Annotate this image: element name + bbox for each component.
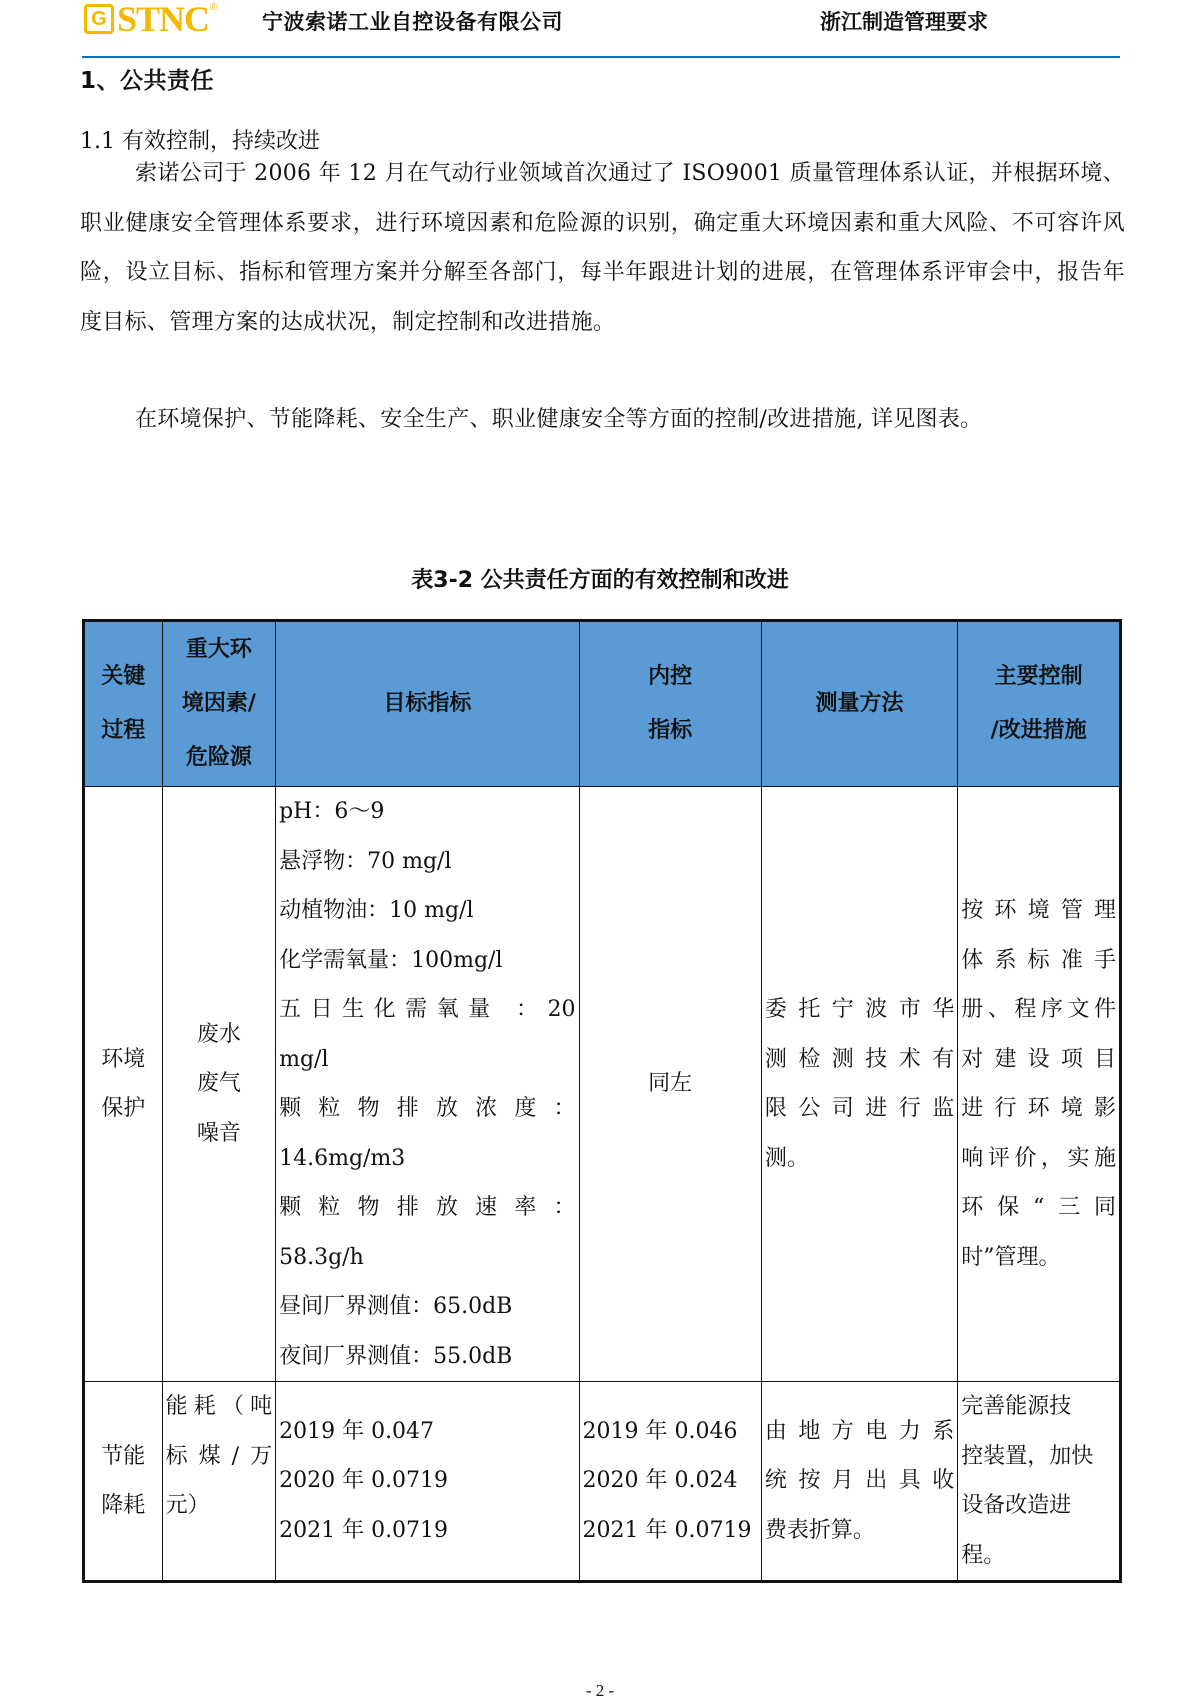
- cell-line: 悬浮物：70 mg/l: [279, 837, 575, 887]
- page-header: G STNC ® 宁波索诺工业自控设备有限公司 浙江制造管理要求: [80, 0, 1120, 58]
- cell-factors: 能耗（吨 标煤/万 元）: [162, 1382, 276, 1582]
- cell-line: 2019 年 0.046: [583, 1407, 758, 1457]
- cell-line: 颗粒物排放浓度：: [279, 1084, 575, 1134]
- cell-line: 控装置，加快: [961, 1432, 1116, 1482]
- section-heading: 1、公共责任: [80, 62, 214, 95]
- cell-line: 环保“三同: [961, 1183, 1116, 1233]
- page-number: - 2 -: [0, 1681, 1200, 1697]
- cell-line: mg/l: [279, 1035, 575, 1085]
- cell-process: 节能 降耗: [84, 1382, 163, 1582]
- header-line: 危险源: [166, 731, 273, 785]
- company-logo: G STNC ®: [84, 2, 217, 36]
- cell-line: 程。: [961, 1531, 1116, 1581]
- cell-line: 由地方电力系: [765, 1407, 954, 1457]
- cell-line: 化学需氧量：100mg/l: [279, 936, 575, 986]
- cell-line: 保护: [88, 1084, 159, 1134]
- logo-text: STNC: [117, 2, 209, 36]
- cell-line: 响评价，实施: [961, 1134, 1116, 1184]
- cell-line: 2019 年 0.047: [279, 1407, 575, 1457]
- cell-line: 费表折算。: [765, 1506, 954, 1556]
- cell-line: 统按月出具收: [765, 1456, 954, 1506]
- cell-method: 委托宁波市华 测检测技术有 限公司进行监 测。: [761, 787, 957, 1382]
- cell-line: 降耗: [88, 1481, 159, 1531]
- cell-line: 废气: [166, 1059, 273, 1109]
- cell-line: 昼间厂界测值：65.0dB: [279, 1282, 575, 1332]
- cell-targets: 2019 年 0.047 2020 年 0.0719 2021 年 0.0719: [276, 1382, 579, 1582]
- cell-line: 册、程序文件: [961, 985, 1116, 1035]
- logo-g-icon: G: [84, 4, 114, 34]
- header-line: 主要控制: [961, 650, 1116, 704]
- cell-line: 环境: [88, 1035, 159, 1085]
- cell-targets: pH：6～9 悬浮物：70 mg/l 动植物油：10 mg/l 化学需氧量：10…: [276, 787, 579, 1382]
- registered-mark: ®: [210, 2, 217, 13]
- table-header-row: 关键 过程 重大环 境因素/ 危险源 目标指标 内控 指标 测量方法 主要控制 …: [84, 621, 1121, 787]
- cell-line: 夜间厂界测值：55.0dB: [279, 1332, 575, 1382]
- cell-line: pH：6～9: [279, 787, 575, 837]
- cell-line: 进行环境影: [961, 1084, 1116, 1134]
- cell-line: 动植物油：10 mg/l: [279, 886, 575, 936]
- cell-internal: 2019 年 0.046 2020 年 0.024 2021 年 0.0719: [579, 1382, 761, 1582]
- header-line: /改进措施: [961, 704, 1116, 758]
- table-caption: 表3-2 公共责任方面的有效控制和改进: [0, 563, 1200, 594]
- cell-process: 环境 保护: [84, 787, 163, 1382]
- cell-line: 时”管理。: [961, 1233, 1116, 1283]
- table-row: 节能 降耗 能耗（吨 标煤/万 元） 2019 年 0.047 2020 年 0…: [84, 1382, 1121, 1582]
- cell-line: 能耗（吨: [166, 1382, 273, 1432]
- header-targets: 目标指标: [276, 621, 579, 787]
- cell-method: 由地方电力系 统按月出具收 费表折算。: [761, 1382, 957, 1582]
- cell-line: 标煤/万: [166, 1432, 273, 1482]
- public-responsibility-table: 关键 过程 重大环 境因素/ 危险源 目标指标 内控 指标 测量方法 主要控制 …: [82, 619, 1122, 1583]
- cell-internal: 同左: [579, 787, 761, 1382]
- header-line: 关键: [88, 650, 159, 704]
- company-name: 宁波索诺工业自控设备有限公司: [262, 6, 563, 36]
- cell-line: 元）: [166, 1481, 273, 1531]
- cell-line: 颗粒物排放速率：: [279, 1183, 575, 1233]
- cell-measures: 按环境管理 体系标准手 册、程序文件 对建设项目 进行环境影 响评价，实施 环保…: [958, 787, 1121, 1382]
- cell-line: 2021 年 0.0719: [583, 1506, 758, 1556]
- header-divider: [82, 56, 1120, 58]
- cell-line: 2020 年 0.024: [583, 1456, 758, 1506]
- cell-line: 14.6mg/m3: [279, 1134, 575, 1184]
- paragraph-2: 在环境保护、节能降耗、安全生产、职业健康安全等方面的控制/改进措施, 详见图表。: [80, 395, 1125, 445]
- cell-line: 设备改造进: [961, 1481, 1116, 1531]
- cell-line: 完善能源技: [961, 1382, 1116, 1432]
- cell-line: 测。: [765, 1134, 954, 1184]
- cell-line: 2020 年 0.0719: [279, 1456, 575, 1506]
- cell-line: 2021 年 0.0719: [279, 1506, 575, 1556]
- cell-measures: 完善能源技 控装置，加快 设备改造进 程。: [958, 1382, 1121, 1582]
- table-row: 环境 保护 废水 废气 噪音 pH：6～9 悬浮物：70 mg/l 动植物油：1…: [84, 787, 1121, 1382]
- header-line: 目标指标: [279, 677, 575, 731]
- cell-line: 按环境管理: [961, 886, 1116, 936]
- cell-line: 58.3g/h: [279, 1233, 575, 1283]
- header-line: 指标: [583, 704, 758, 758]
- cell-line: 对建设项目: [961, 1035, 1116, 1085]
- cell-line: 噪音: [166, 1109, 273, 1159]
- header-key-process: 关键 过程: [84, 621, 163, 787]
- header-internal-indicators: 内控 指标: [579, 621, 761, 787]
- header-line: 测量方法: [765, 677, 954, 731]
- cell-line: 体系标准手: [961, 936, 1116, 986]
- cell-line: 节能: [88, 1432, 159, 1482]
- header-line: 境因素/: [166, 677, 273, 731]
- cell-line: 委托宁波市华: [765, 985, 954, 1035]
- document-title: 浙江制造管理要求: [820, 6, 988, 36]
- cell-line: 废水: [166, 1010, 273, 1060]
- header-line: 重大环: [166, 623, 273, 677]
- header-control-measures: 主要控制 /改进措施: [958, 621, 1121, 787]
- header-factors: 重大环 境因素/ 危险源: [162, 621, 276, 787]
- cell-line: 五日生化需氧量 ：20: [279, 985, 575, 1035]
- cell-line: 限公司进行监: [765, 1084, 954, 1134]
- cell-factors: 废水 废气 噪音: [162, 787, 276, 1382]
- header-measurement-method: 测量方法: [761, 621, 957, 787]
- paragraph-1: 索诺公司于 2006 年 12 月在气动行业领域首次通过了 ISO9001 质量…: [80, 149, 1125, 347]
- header-line: 内控: [583, 650, 758, 704]
- header-line: 过程: [88, 704, 159, 758]
- cell-line: 测检测技术有: [765, 1035, 954, 1085]
